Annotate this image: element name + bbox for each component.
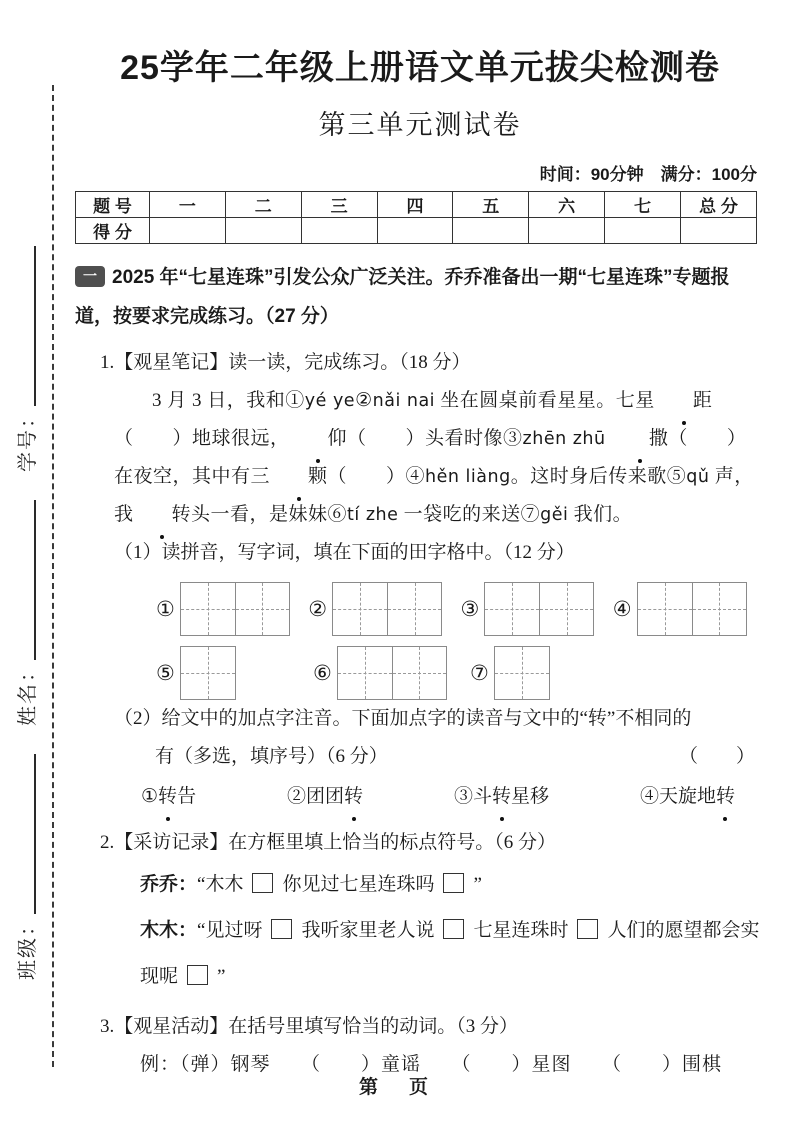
tianzige-cell[interactable]: [338, 647, 392, 699]
tianzige-grid: [494, 646, 550, 700]
tianzige-slot: ⑤: [156, 646, 313, 700]
option-3: ③斗转星移: [454, 778, 549, 816]
sidebar-field: 姓名：: [11, 500, 40, 726]
text-segment: 我们。: [568, 504, 632, 525]
question-3-title: 3.【观星活动】在括号里填写恰当的动词。（3 分）: [100, 1008, 765, 1046]
punctuation-box[interactable]: [443, 873, 464, 893]
dotted-character: 仰: [290, 420, 348, 458]
seal-dashed-line: [52, 85, 54, 1067]
tianzige-slot: ③: [461, 582, 613, 636]
score-table-label-cell: 三: [301, 192, 377, 218]
exam-time-score-info: 时间：90分钟 满分：100分: [75, 160, 765, 185]
text-segment: ”: [473, 874, 481, 895]
question-1-sub1: （1）读拼音，写字词，填在下面的田字格中。（12 分） ①②③④ ⑤⑥⑦: [100, 534, 765, 700]
score-table-label-cell: 七: [605, 192, 681, 218]
tianzige-number: ①: [156, 590, 175, 628]
question-2: 2.【采访记录】在方框里填上恰当的标点符号。（6 分） 乔乔：“木木你见过七星连…: [75, 824, 765, 1000]
tianzige-cell[interactable]: [333, 583, 387, 635]
paper-subtitle: 第三单元测试卷: [75, 103, 765, 142]
question-1-sub1-title: （1）读拼音，写字词，填在下面的田字格中。（12 分）: [114, 534, 765, 572]
text-segment: 七星连珠时: [473, 920, 568, 941]
score-table-fill-cell[interactable]: [453, 218, 529, 244]
sidebar-field-label: 姓名：: [11, 660, 40, 726]
text-segment: ②: [355, 390, 373, 411]
text-segment: 你见过七星连珠吗: [282, 874, 434, 895]
score-table-fill-cell[interactable]: [377, 218, 453, 244]
dialogue-line-2-text: “见过呀我听家里老人说七星连珠时人们的愿望都会实现呢”: [140, 920, 760, 987]
pinyin-text: qǔ: [686, 467, 709, 487]
text-segment: 星移: [511, 786, 549, 807]
text-segment: 我听家里老人说: [301, 920, 434, 941]
question-1-sub2-line1: （2）给文中的加点字注音。下面加点字的读音与文中的“转”不相同的: [114, 700, 765, 738]
text-segment: “见过呀: [197, 920, 262, 941]
tianzige-number: ④: [613, 590, 632, 628]
score-table-label-cell: 总 分: [681, 192, 757, 218]
tianzige-row-1: ①②③④: [114, 582, 765, 636]
pinyin-text: tí zhe: [347, 505, 398, 525]
main-content: 25学年二年级上册语文单元拔尖检测卷 第三单元测试卷 时间：90分钟 满分：10…: [75, 0, 765, 1084]
score-table-fill-cell[interactable]: [225, 218, 301, 244]
question-1-sub2: （2）给文中的加点字注音。下面加点字的读音与文中的“转”不相同的 有（多选，填序…: [100, 700, 765, 816]
tianzige-grid: [180, 646, 236, 700]
text-segment: 3 月 3 日，我和①: [152, 390, 305, 411]
pinyin-text: hěn liàng: [425, 467, 511, 487]
text-segment: ②团团: [287, 786, 344, 807]
tianzige-cell[interactable]: [638, 583, 692, 635]
tianzige-slot: ②: [308, 582, 460, 636]
question-1: 1.【观星笔记】读一读，完成练习。（18 分） 3 月 3 日，我和①yé ye…: [75, 344, 765, 816]
score-table-label-cell: 题 号: [76, 192, 150, 218]
text-segment: 头一看，是妹妹⑥: [191, 504, 347, 525]
question-1-passage: 3 月 3 日，我和①yé ye②nǎi nai 坐在圆桌前看星星。七星距（ ）…: [100, 382, 765, 534]
dialogue-line-1: 乔乔：“木木你见过七星连珠吗”: [100, 862, 765, 908]
text-segment: 告: [177, 786, 196, 807]
tianzige-slot: ⑦: [470, 646, 627, 700]
question-1-title: 1.【观星笔记】读一读，完成练习。（18 分）: [100, 344, 765, 382]
sidebar-field: 学号：: [11, 246, 40, 472]
punctuation-box[interactable]: [271, 919, 292, 939]
text-segment: ”: [217, 966, 225, 987]
dotted-character: 转: [716, 778, 735, 816]
score-table-label-cell: 五: [453, 192, 529, 218]
tianzige-cell[interactable]: [539, 583, 593, 635]
dialogue-line-2: 木木：“见过呀我听家里老人说七星连珠时人们的愿望都会实现呢”: [100, 908, 765, 1000]
tianzige-grid: [337, 646, 447, 700]
punctuation-box[interactable]: [187, 965, 208, 985]
punctuation-box[interactable]: [577, 919, 598, 939]
exam-paper-page: 班级：姓名：学号： 25学年二年级上册语文单元拔尖检测卷 第三单元测试卷 时间：…: [0, 0, 793, 1122]
section-1-intro: 一2025 年“七星连珠”引发公众广泛关注。乔乔准备出一期“七星连珠”专题报道，…: [75, 258, 765, 336]
tianzige-cell[interactable]: [235, 583, 289, 635]
tianzige-number: ③: [461, 590, 480, 628]
text-segment: 坐在圆桌前看星星。七星: [435, 390, 655, 411]
option-2: ②团团转: [287, 778, 363, 816]
tianzige-slot: ①: [156, 582, 308, 636]
score-table-score-row: 得 分: [76, 218, 757, 244]
dotted-character: 距: [655, 382, 713, 420]
tianzige-slot: ⑥: [313, 646, 470, 700]
text-segment: ④天旋地: [640, 786, 716, 807]
tianzige-row-2: ⑤⑥⑦: [114, 646, 765, 700]
dotted-character: 转: [134, 496, 192, 534]
score-table-fill-cell[interactable]: [301, 218, 377, 244]
question-1-sub2-line2-text: 有（多选，填序号）（6 分）: [155, 738, 388, 776]
dotted-character: 转: [344, 778, 363, 816]
score-table-label-cell: 二: [225, 192, 301, 218]
tianzige-cell[interactable]: [387, 583, 441, 635]
tianzige-slot: ④: [613, 582, 765, 636]
text-segment: （ ）地球很远，: [114, 428, 290, 449]
text-segment: 。这时身后传来歌⑤: [511, 466, 687, 487]
sidebar-field-blank[interactable]: [34, 500, 36, 660]
seal-student-fields: 班级：姓名：学号：: [6, 180, 44, 980]
tianzige-grid: [332, 582, 442, 636]
tianzige-number: ②: [308, 590, 327, 628]
speaker-name: 乔乔：: [140, 874, 197, 895]
tianzige-cell[interactable]: [181, 583, 235, 635]
dotted-character: 转: [492, 778, 511, 816]
pinyin-text: gěi: [540, 505, 568, 525]
question-2-title: 2.【采访记录】在方框里填上恰当的标点符号。（6 分）: [100, 824, 765, 862]
score-table-label-cell: 得 分: [76, 218, 150, 244]
option-1: ①转告: [141, 778, 196, 816]
question-1-sub2-line2: 有（多选，填序号）（6 分） （ ）: [114, 738, 765, 776]
score-table-label-cell: 四: [377, 192, 453, 218]
question-1-sub2-options: ①转告 ②团团转 ③斗转星移 ④天旋地转: [114, 778, 765, 816]
text-segment: （ ）④: [328, 466, 426, 487]
tianzige-number: ⑤: [156, 654, 175, 692]
punctuation-box[interactable]: [252, 873, 273, 893]
text-segment: ①: [141, 786, 158, 807]
text-segment: （ ）头看时像③: [347, 428, 523, 449]
text-segment: 一袋吃的来送⑦: [398, 504, 540, 525]
sidebar-field-blank[interactable]: [34, 754, 36, 914]
speaker-name: 木木：: [140, 920, 197, 941]
tianzige-grid: [637, 582, 747, 636]
tianzige-number: ⑥: [313, 654, 332, 692]
tianzige-grid: [180, 582, 290, 636]
tianzige-cell[interactable]: [181, 647, 235, 699]
tianzige-number: ⑦: [470, 654, 489, 692]
answer-blank-parentheses[interactable]: （ ）: [679, 738, 755, 776]
dotted-character: 颗: [270, 458, 328, 496]
punctuation-box[interactable]: [443, 919, 464, 939]
sidebar-field: 班级：: [11, 754, 40, 980]
sidebar-field-blank[interactable]: [34, 246, 36, 406]
score-table-label-cell: 六: [529, 192, 605, 218]
dialogue-line-1-text: “木木你见过七星连珠吗”: [197, 874, 482, 895]
sidebar-field-label: 班级：: [11, 914, 40, 980]
score-table-fill-cell[interactable]: [529, 218, 605, 244]
text-segment: ③斗: [454, 786, 492, 807]
text-segment: “木木: [197, 874, 243, 895]
tianzige-cell[interactable]: [495, 647, 549, 699]
option-4: ④天旋地转: [640, 778, 735, 816]
pinyin-text: yé ye: [305, 391, 355, 411]
pinyin-text: nǎi nai: [373, 391, 435, 411]
sidebar-field-label: 学号：: [11, 406, 40, 472]
dotted-character: 转: [158, 778, 177, 816]
section-1-marker-badge: 一: [75, 266, 105, 287]
score-table-header-row: 题 号一二三四五六七总 分: [76, 192, 757, 218]
score-table: 题 号一二三四五六七总 分 得 分: [75, 191, 757, 244]
tianzige-cell[interactable]: [692, 583, 746, 635]
score-table-fill-cell[interactable]: [150, 218, 226, 244]
page-footer: 第 页: [0, 1072, 793, 1099]
section-1-intro-text: 2025 年“七星连珠”引发公众广泛关注。乔乔准备出一期“七星连珠”专题报道，按…: [75, 267, 730, 327]
paper-title: 25学年二年级上册语文单元拔尖检测卷: [75, 40, 765, 89]
pinyin-text: zhēn zhū: [523, 429, 606, 449]
score-table-fill-cell[interactable]: [681, 218, 757, 244]
tianzige-grid: [484, 582, 594, 636]
score-table-fill-cell[interactable]: [605, 218, 681, 244]
score-table-label-cell: 一: [150, 192, 226, 218]
tianzige-cell[interactable]: [485, 583, 539, 635]
dotted-character: 撒: [611, 420, 669, 458]
tianzige-cell[interactable]: [392, 647, 446, 699]
